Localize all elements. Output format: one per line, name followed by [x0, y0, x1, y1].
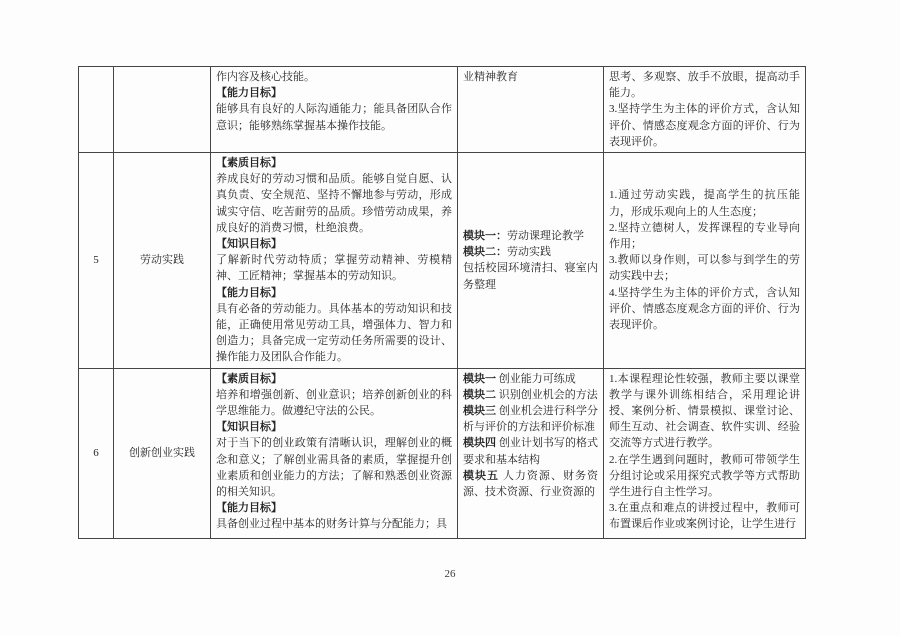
cell-modules: 模块一 创业能力可练成模块二 识别创业机会的方法模块三 创业机会进行科学分析与评… — [458, 368, 604, 538]
cell-row-number: 5 — [79, 153, 114, 369]
cell-course-name — [114, 67, 211, 153]
cell-course-name: 创新创业实践 — [114, 368, 211, 538]
course-table: 作内容及核心技能。【能力目标】能够具有良好的人际沟通能力；能具备团队合作意识；能… — [78, 66, 806, 539]
cell-modules: 模块一：劳动课理论教学模块二：劳动实践包括校园环境清扫、寝室内务整理 — [458, 153, 604, 369]
cell-objectives: 【素质目标】养成良好的劳动习惯和品质。能够自觉自愿、认真负责、安全规范、坚持不懈… — [211, 153, 458, 369]
cell-course-name: 劳动实践 — [114, 153, 211, 369]
table-row-labor-practice: 5 劳动实践 【素质目标】养成良好的劳动习惯和品质。能够自觉自愿、认真负责、安全… — [79, 153, 806, 369]
cell-teaching-notes: 1.通过劳动实践，提高学生的抗压能力，形成乐观向上的人生态度；2.坚持立德树人，… — [604, 153, 806, 369]
cell-objectives: 【素质目标】培养和增强创新、创业意识；培养创新创业的科学思维能力。做遵纪守法的公… — [211, 368, 458, 538]
table-row-continued: 作内容及核心技能。【能力目标】能够具有良好的人际沟通能力；能具备团队合作意识；能… — [79, 67, 806, 153]
document-page: 作内容及核心技能。【能力目标】能够具有良好的人际沟通能力；能具备团队合作意识；能… — [0, 0, 900, 636]
cell-objectives: 作内容及核心技能。【能力目标】能够具有良好的人际沟通能力；能具备团队合作意识；能… — [211, 67, 458, 153]
cell-row-number: 6 — [79, 368, 114, 538]
table-row-innovation-entrepreneurship: 6 创新创业实践 【素质目标】培养和增强创新、创业意识；培养创新创业的科学思维能… — [79, 368, 806, 538]
cell-modules: 业精神教育 — [458, 67, 604, 153]
cell-teaching-notes: 思考、多观察、放手不放眼，提高动手能力。3.坚持学生为主体的评价方式，含认知评价… — [604, 67, 806, 153]
page-number: 26 — [0, 568, 900, 580]
cell-teaching-notes: 1.本课程理论性较强，教师主要以课堂教学与课外训练相结合，采用理论讲授、案例分析… — [604, 368, 806, 538]
cell-row-number — [79, 67, 114, 153]
